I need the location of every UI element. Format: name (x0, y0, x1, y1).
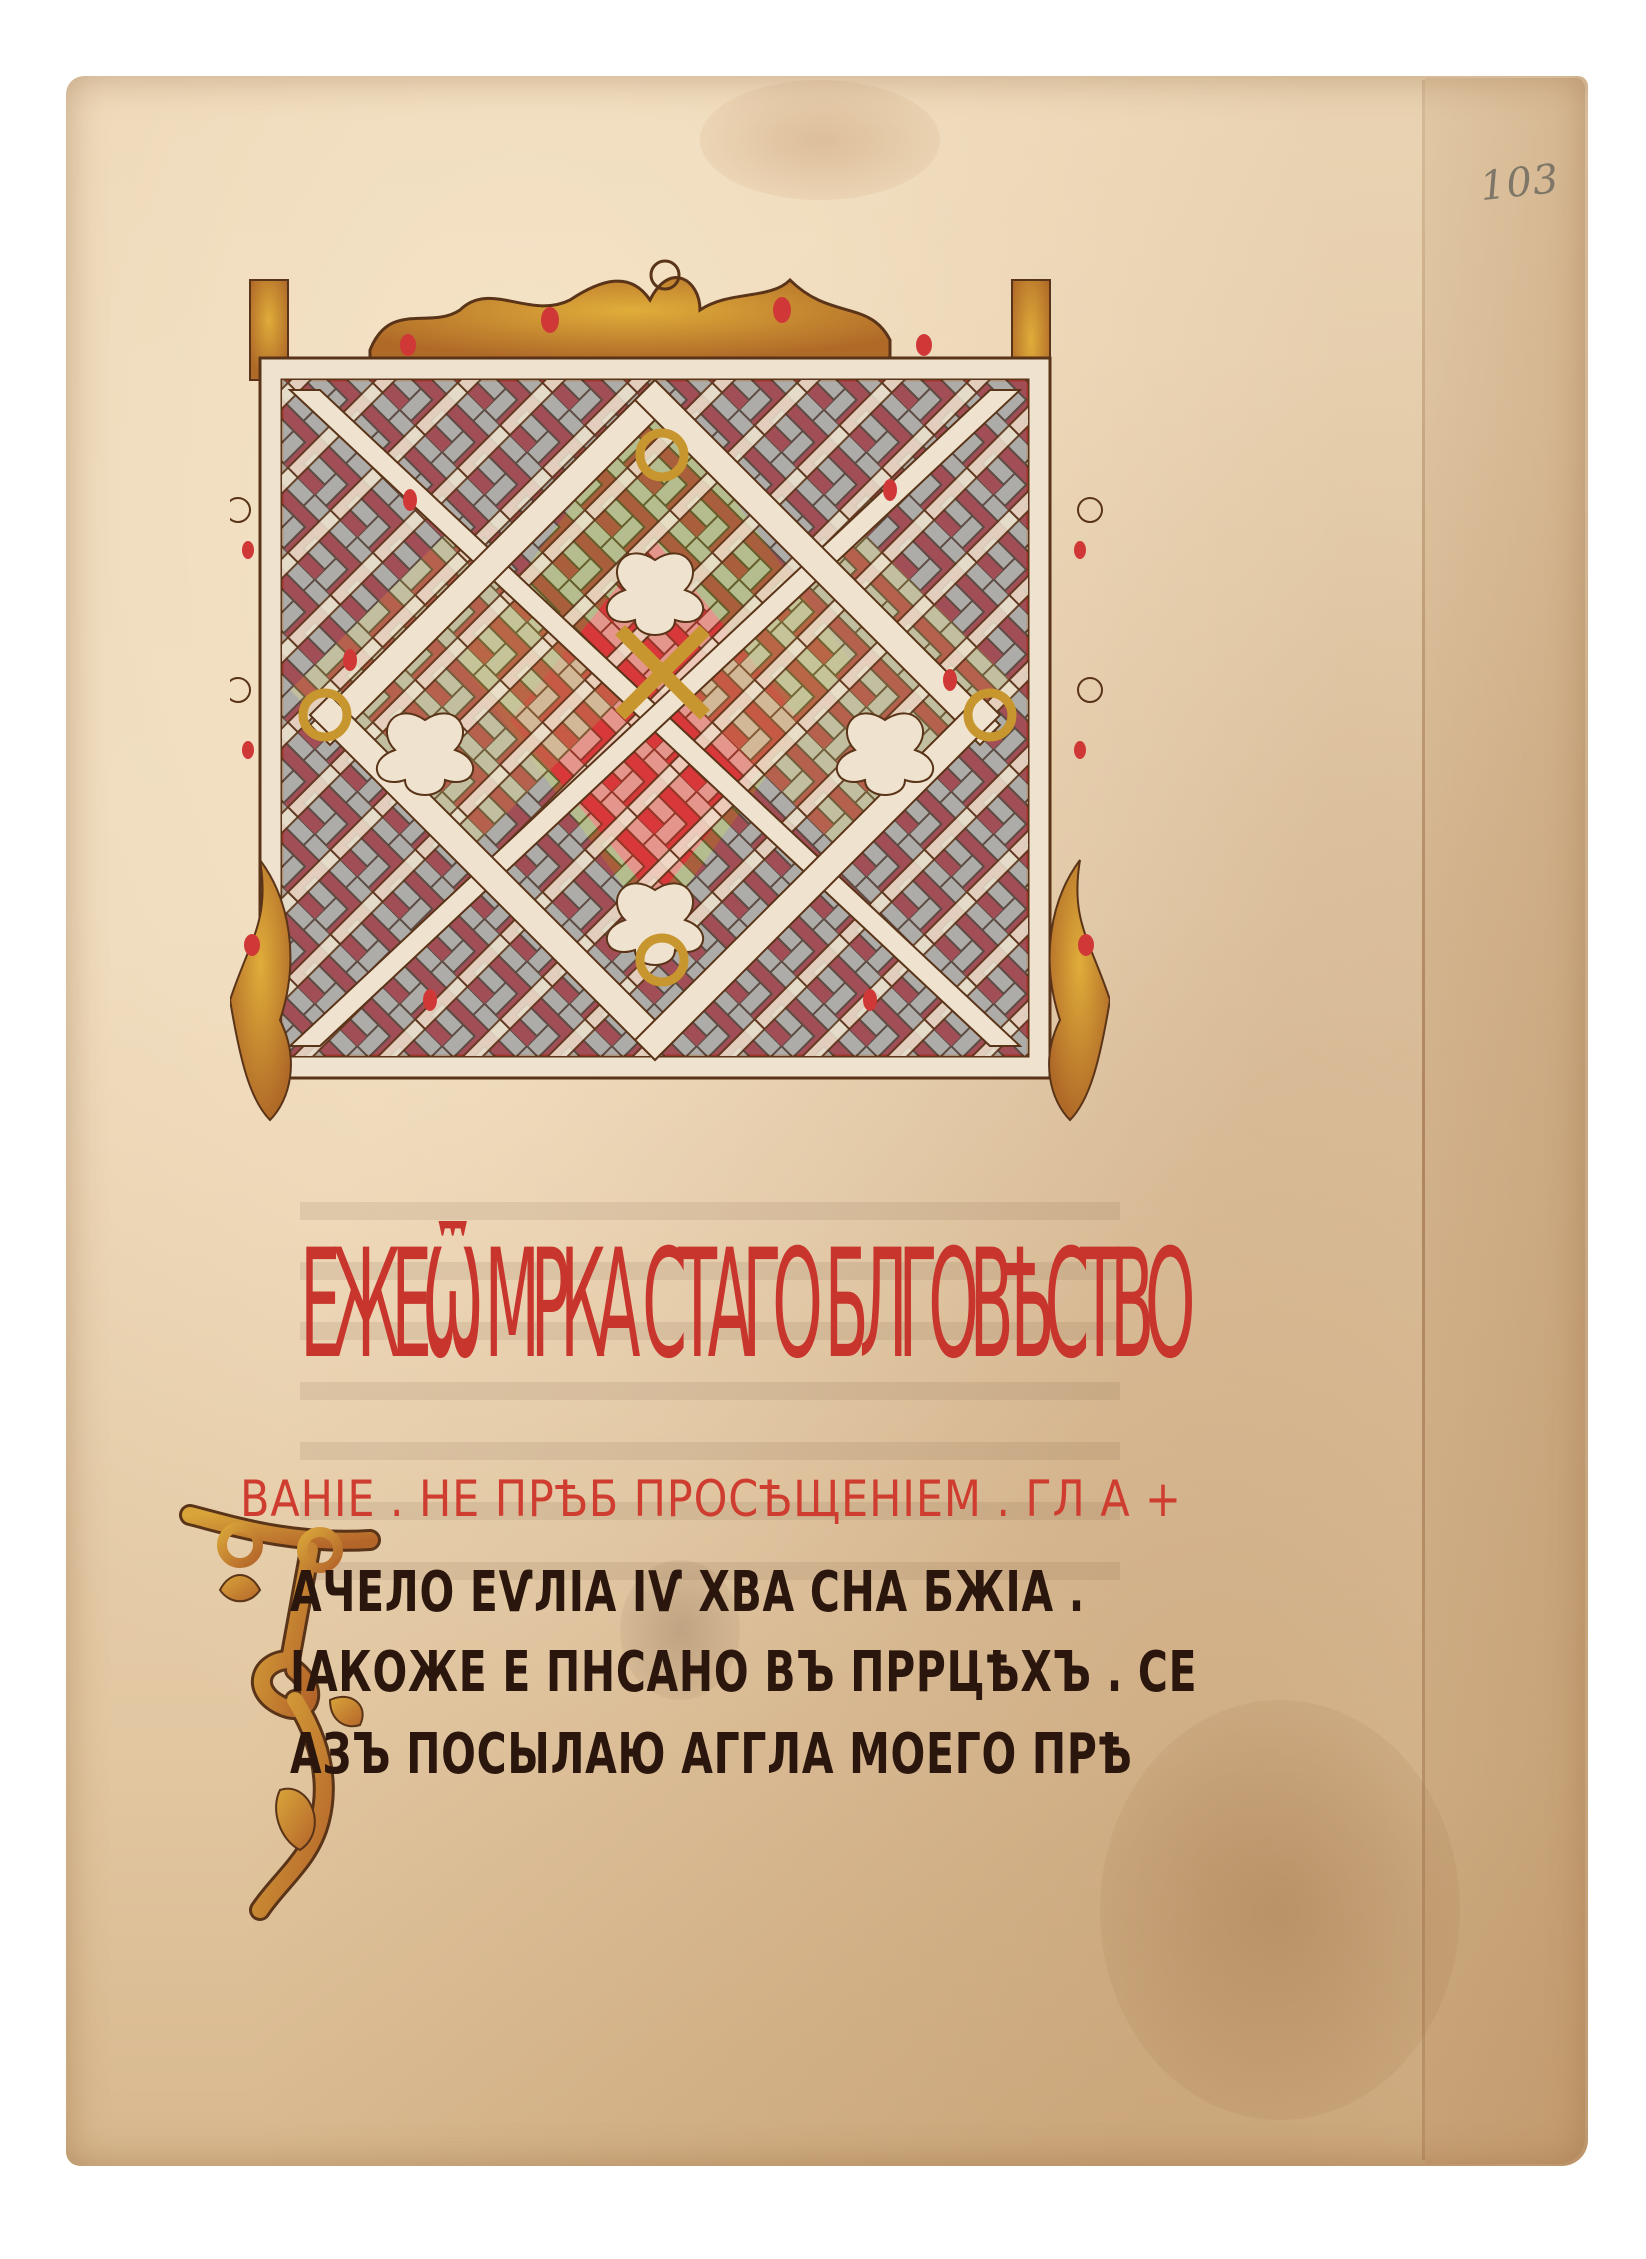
rubric-title: ЕЖЕѾ МРКА СТАГО БЛГОВѢСТВО (300, 1230, 1186, 1380)
gold-initial-letter (170, 1490, 390, 1930)
stain (1100, 1700, 1460, 2120)
folio-number: 103 (1478, 156, 1562, 210)
interlace-headpiece (230, 240, 1110, 1180)
text-line-1: АЧЕЛО ЕѴЛІА ІѴ ХВА СНА БЖІА . (290, 1560, 1085, 1625)
text-line-3: АЗЪ ПОСЫЛАЮ АГГЛА МОЕГО ПРѢ (290, 1722, 1133, 1787)
stain (700, 80, 940, 200)
text-line-2: ІАКОЖЕ Е ПНСАНО ВЪ ПРРЦѢХЪ . СЕ (290, 1640, 1197, 1705)
